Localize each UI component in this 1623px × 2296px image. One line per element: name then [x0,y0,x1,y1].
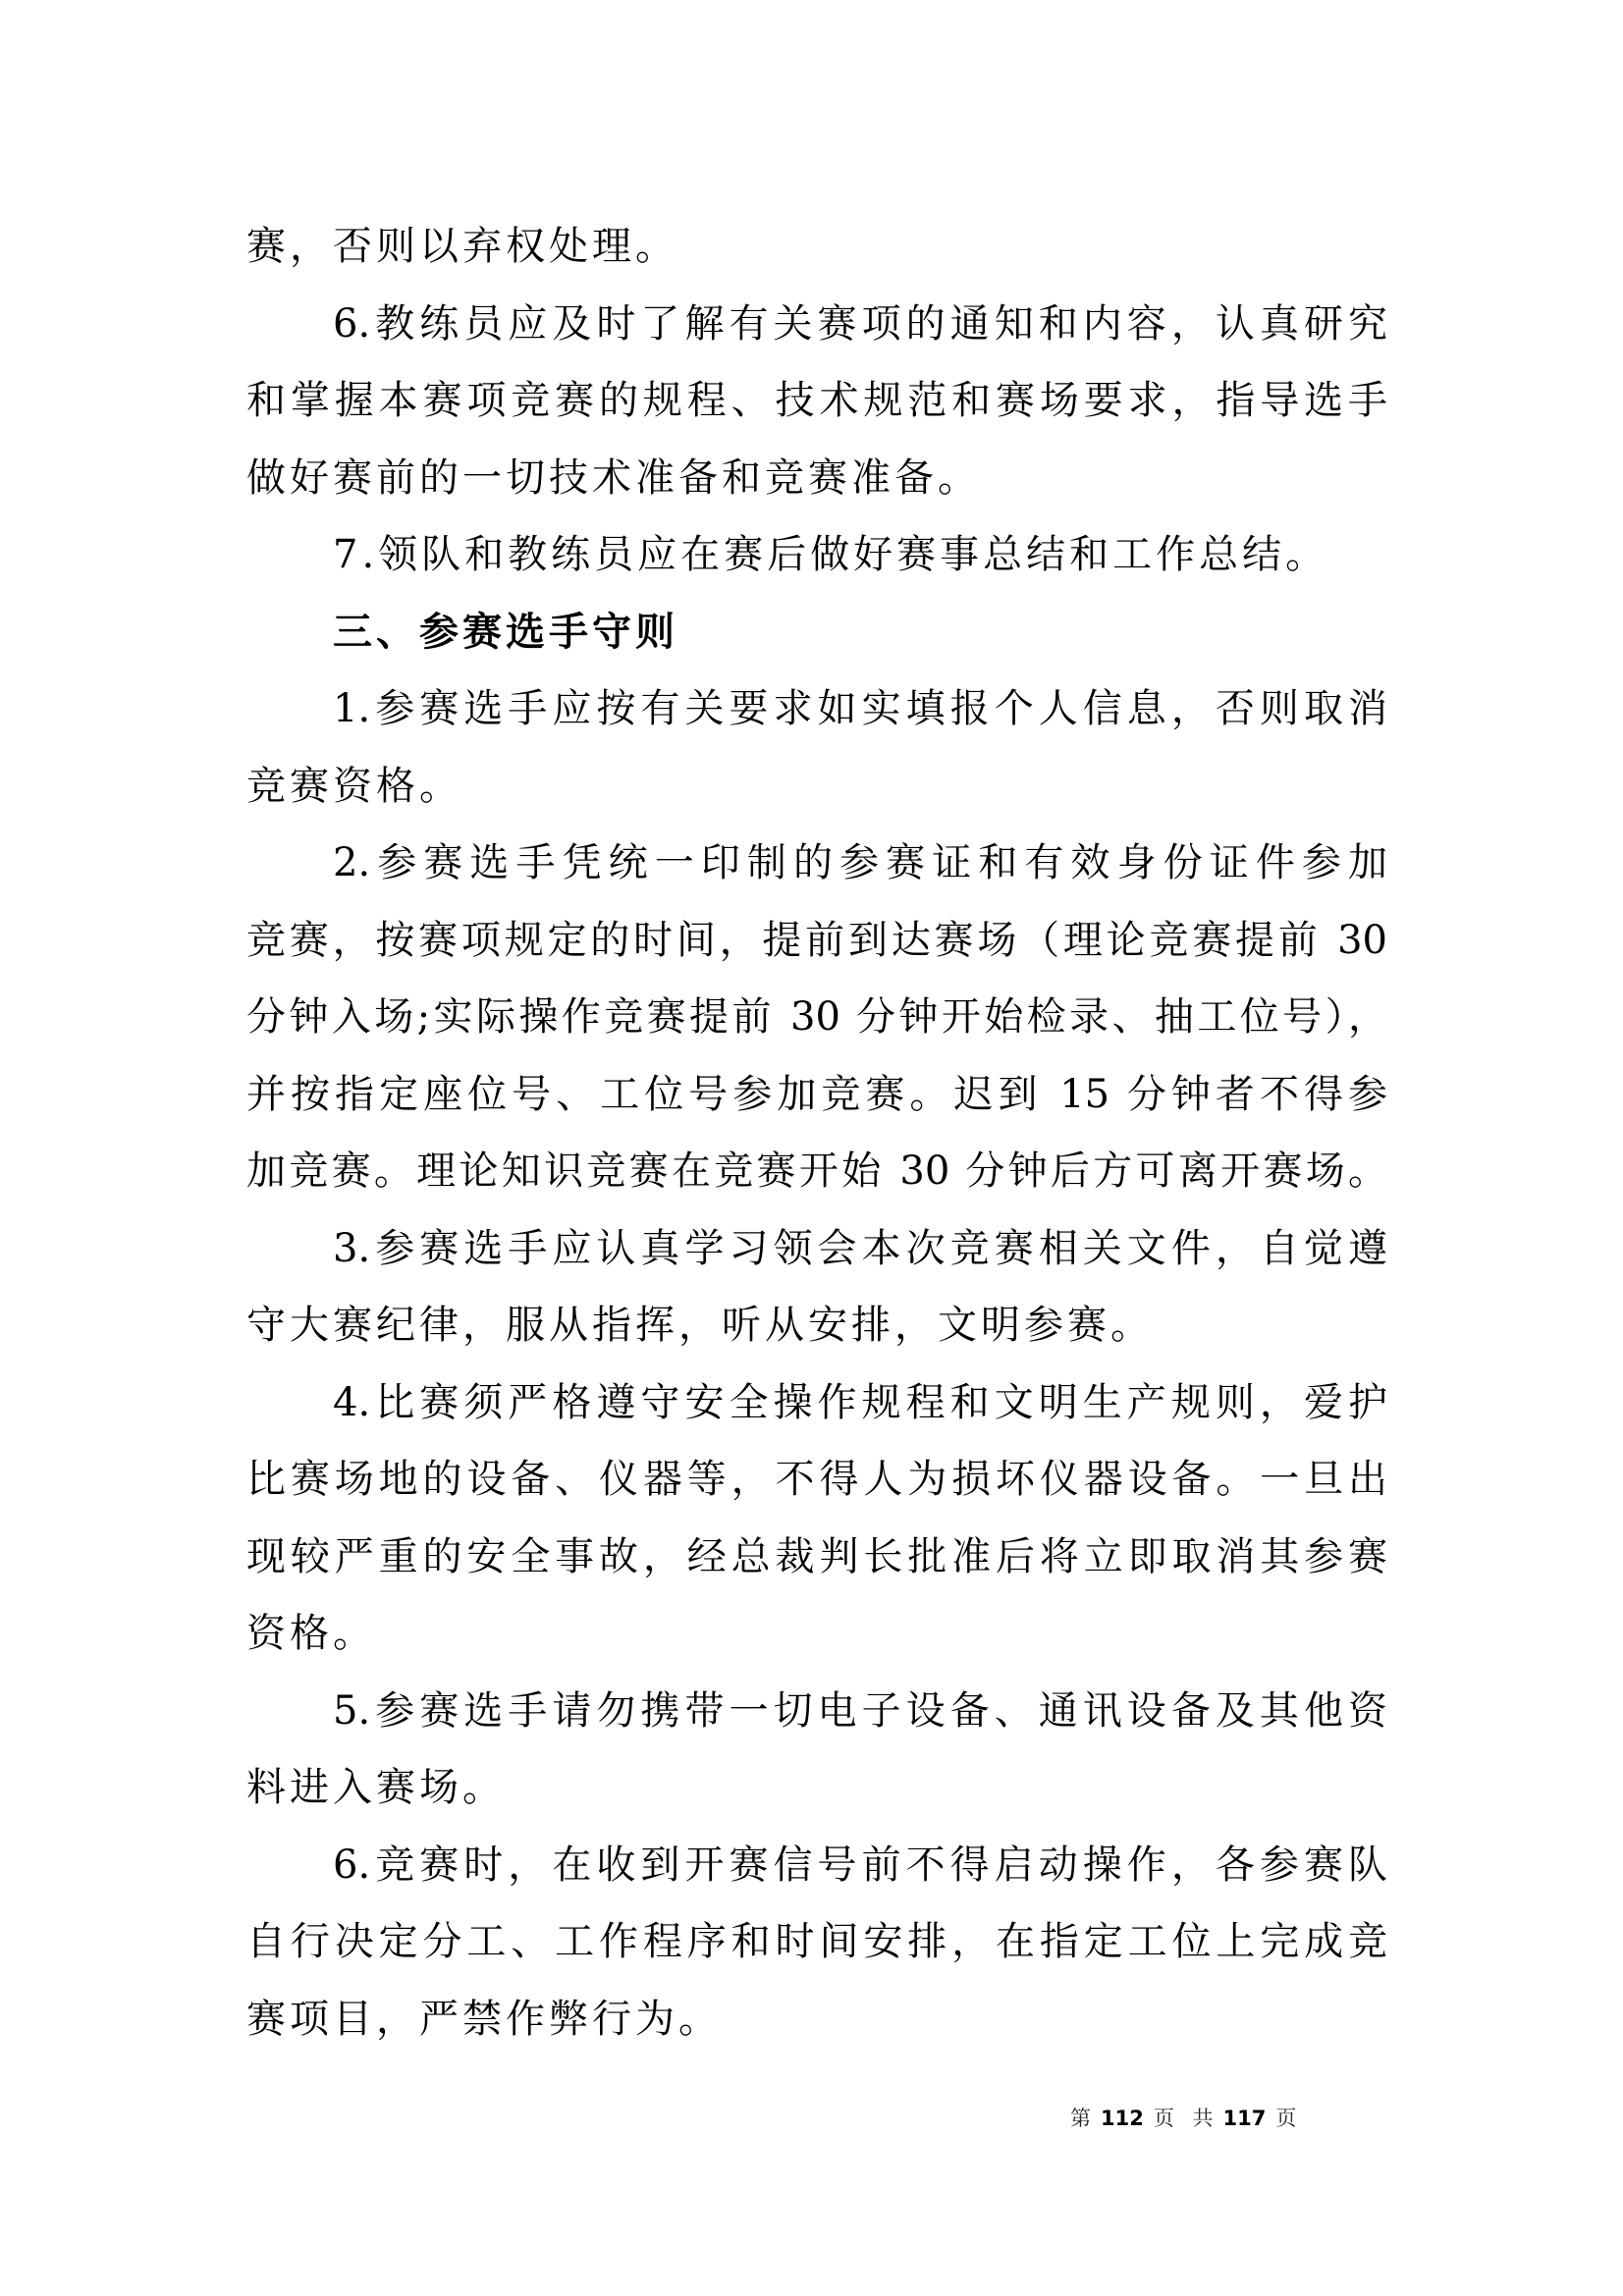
page-body: 赛，否则以弃权处理。 6.教练员应及时了解有关赛项的通知和内容，认真研究 和掌握… [246,208,1387,2057]
total-page-number: 117 [1223,2107,1267,2130]
footer-total-label: 共 [1193,2107,1214,2130]
paragraph-line: 赛，否则以弃权处理。 [246,208,1387,286]
footer-prefix: 第 [1070,2107,1091,2130]
rule-line: 赛项目，严禁作弊行为。 [246,1981,1387,2058]
rule-line: 竞赛，按赛项规定的时间，提前到达赛场（理论竞赛提前 30 [246,902,1387,980]
paragraph-line: 6.教练员应及时了解有关赛项的通知和内容，认真研究 [246,286,1387,363]
rule-line: 自行决定分工、工作程序和时间安排，在指定工位上完成竞 [246,1903,1387,1981]
current-page-number: 112 [1101,2107,1144,2130]
rule-line: 3.参赛选手应认真学习领会本次竞赛相关文件，自觉遵 [246,1210,1387,1288]
footer-page-label: 页 [1154,2107,1174,2130]
rule-line: 6.竞赛时，在收到开赛信号前不得启动操作，各参赛队 [246,1827,1387,1904]
paragraph-line: 和掌握本赛项竞赛的规程、技术规范和赛场要求，指导选手 [246,362,1387,440]
rule-line: 资格。 [246,1595,1387,1673]
footer-suffix: 页 [1275,2107,1296,2130]
paragraph-line: 7.领队和教练员应在赛后做好赛事总结和工作总结。 [246,516,1387,594]
rule-line: 料进入赛场。 [246,1749,1387,1827]
rule-line: 加竞赛。理论知识竞赛在竞赛开始 30 分钟后方可离开赛场。 [246,1133,1387,1210]
document-page: 赛，否则以弃权处理。 6.教练员应及时了解有关赛项的通知和内容，认真研究 和掌握… [0,0,1623,2296]
paragraph-line: 做好赛前的一切技术准备和竞赛准备。 [246,440,1387,517]
rule-line: 2.参赛选手凭统一印制的参赛证和有效身份证件参加 [246,825,1387,902]
rule-line: 5.参赛选手请勿携带一切电子设备、通讯设备及其他资 [246,1673,1387,1750]
rule-line: 1.参赛选手应按有关要求如实填报个人信息，否则取消 [246,670,1387,748]
rule-line: 分钟入场;实际操作竞赛提前 30 分钟开始检录、抽工位号）， [246,979,1387,1056]
rule-line: 4.比赛须严格遵守安全操作规程和文明生产规则，爱护 [246,1364,1387,1442]
rule-line: 守大赛纪律，服从指挥，听从安排，文明参赛。 [246,1287,1387,1364]
rule-line: 竞赛资格。 [246,748,1387,826]
rule-line: 并按指定座位号、工位号参加竞赛。迟到 15 分钟者不得参 [246,1056,1387,1134]
section-heading: 三、参赛选手守则 [246,594,1387,671]
rule-line: 现较严重的安全事故，经总裁判长批准后将立即取消其参赛 [246,1519,1387,1596]
rule-line: 比赛场地的设备、仪器等，不得人为损坏仪器设备。一旦出 [246,1441,1387,1519]
page-number-footer: 第112页 共117页 [1070,2103,1296,2132]
